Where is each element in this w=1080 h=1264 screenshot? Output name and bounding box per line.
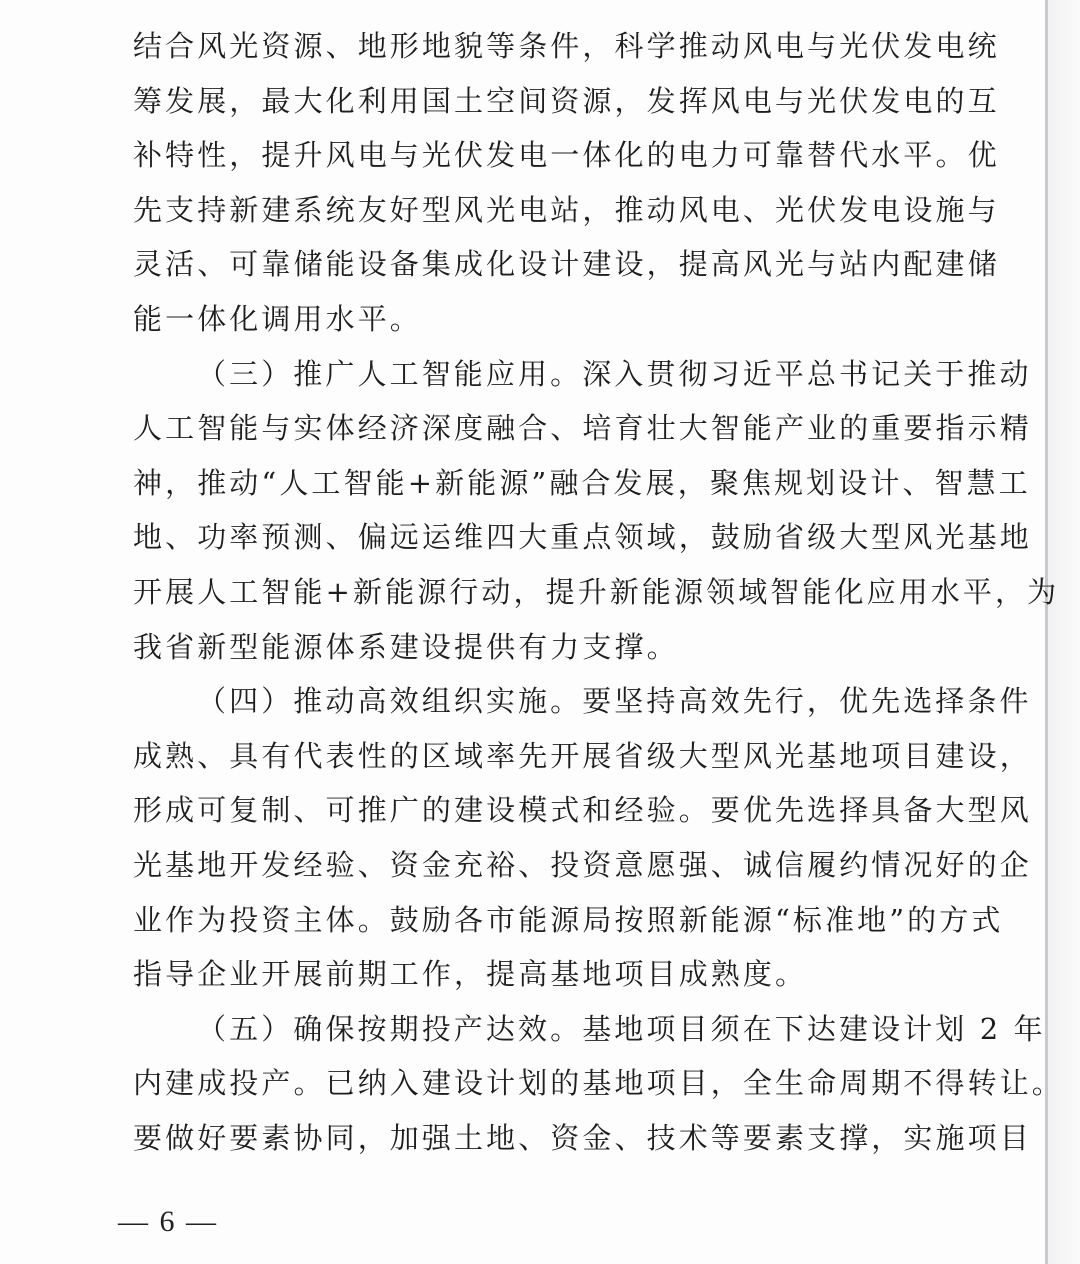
- text-line: 筹发展，最大化利用国土空间资源，发挥风电与光伏发电的互: [133, 74, 908, 129]
- text-line: 光基地开发经验、资金充裕、投资意愿强、诚信履约情况好的企: [133, 838, 908, 893]
- text-line: 灵活、可靠储能设备集成化设计建设，提高风光与站内配建储: [133, 237, 908, 292]
- paragraph-section-5: （五）确保按期投产达效。基地项目须在下达建设计划 2 年 内建成投产。已纳入建设…: [133, 1002, 908, 1166]
- text-line: 形成可复制、可推广的建设模式和经验。要优先选择具备大型风: [133, 783, 908, 838]
- text-line: 能一体化调用水平。: [133, 292, 908, 347]
- text-line: 神，推动“人工智能+新能源”融合发展，聚焦规划设计、智慧工: [133, 456, 908, 511]
- paragraph-section-3: （三）推广人工智能应用。深入贯彻习近平总书记关于推动 人工智能与实体经济深度融合…: [133, 347, 908, 675]
- text-line: 补特性，提升风电与光伏发电一体化的电力可靠替代水平。优: [133, 128, 908, 183]
- text-line: 成熟、具有代表性的区域率先开展省级大型风光基地项目建设，: [133, 729, 908, 784]
- text-line: 地、功率预测、偏远运维四大重点领域，鼓励省级大型风光基地: [133, 510, 908, 565]
- text-line: 我省新型能源体系建设提供有力支撑。: [133, 620, 908, 675]
- text-line: 结合风光资源、地形地貌等条件，科学推动风电与光伏发电统: [133, 19, 908, 74]
- section-heading-line: （五）确保按期投产达效。基地项目须在下达建设计划 2 年: [133, 1002, 908, 1057]
- text-line: 先支持新建系统友好型风光电站，推动风电、光伏发电设施与: [133, 183, 908, 238]
- text-line: 人工智能与实体经济深度融合、培育壮大智能产业的重要指示精: [133, 401, 908, 456]
- text-line: 开展人工智能+新能源行动，提升新能源领域智能化应用水平，为: [133, 565, 908, 620]
- page-number: — 6 —: [118, 1203, 218, 1241]
- section-heading-line: （四）推动高效组织实施。要坚持高效先行，优先选择条件: [133, 674, 908, 729]
- section-heading-line: （三）推广人工智能应用。深入贯彻习近平总书记关于推动: [133, 347, 908, 402]
- text-line: 业作为投资主体。鼓励各市能源局按照新能源“标准地”的方式: [133, 893, 908, 948]
- text-line: 内建成投产。已纳入建设计划的基地项目，全生命周期不得转让。: [133, 1056, 908, 1111]
- paragraph-section-4: （四）推动高效组织实施。要坚持高效先行，优先选择条件 成熟、具有代表性的区域率先…: [133, 674, 908, 1002]
- document-page: 结合风光资源、地形地貌等条件，科学推动风电与光伏发电统 筹发展，最大化利用国土空…: [0, 0, 1080, 1264]
- document-body: 结合风光资源、地形地貌等条件，科学推动风电与光伏发电统 筹发展，最大化利用国土空…: [133, 19, 908, 1165]
- text-line: 要做好要素协同，加强土地、资金、技术等要素支撑，实施项目: [133, 1111, 908, 1166]
- paragraph-continuation: 结合风光资源、地形地貌等条件，科学推动风电与光伏发电统 筹发展，最大化利用国土空…: [133, 19, 908, 347]
- text-line: 指导企业开展前期工作，提高基地项目成熟度。: [133, 947, 908, 1002]
